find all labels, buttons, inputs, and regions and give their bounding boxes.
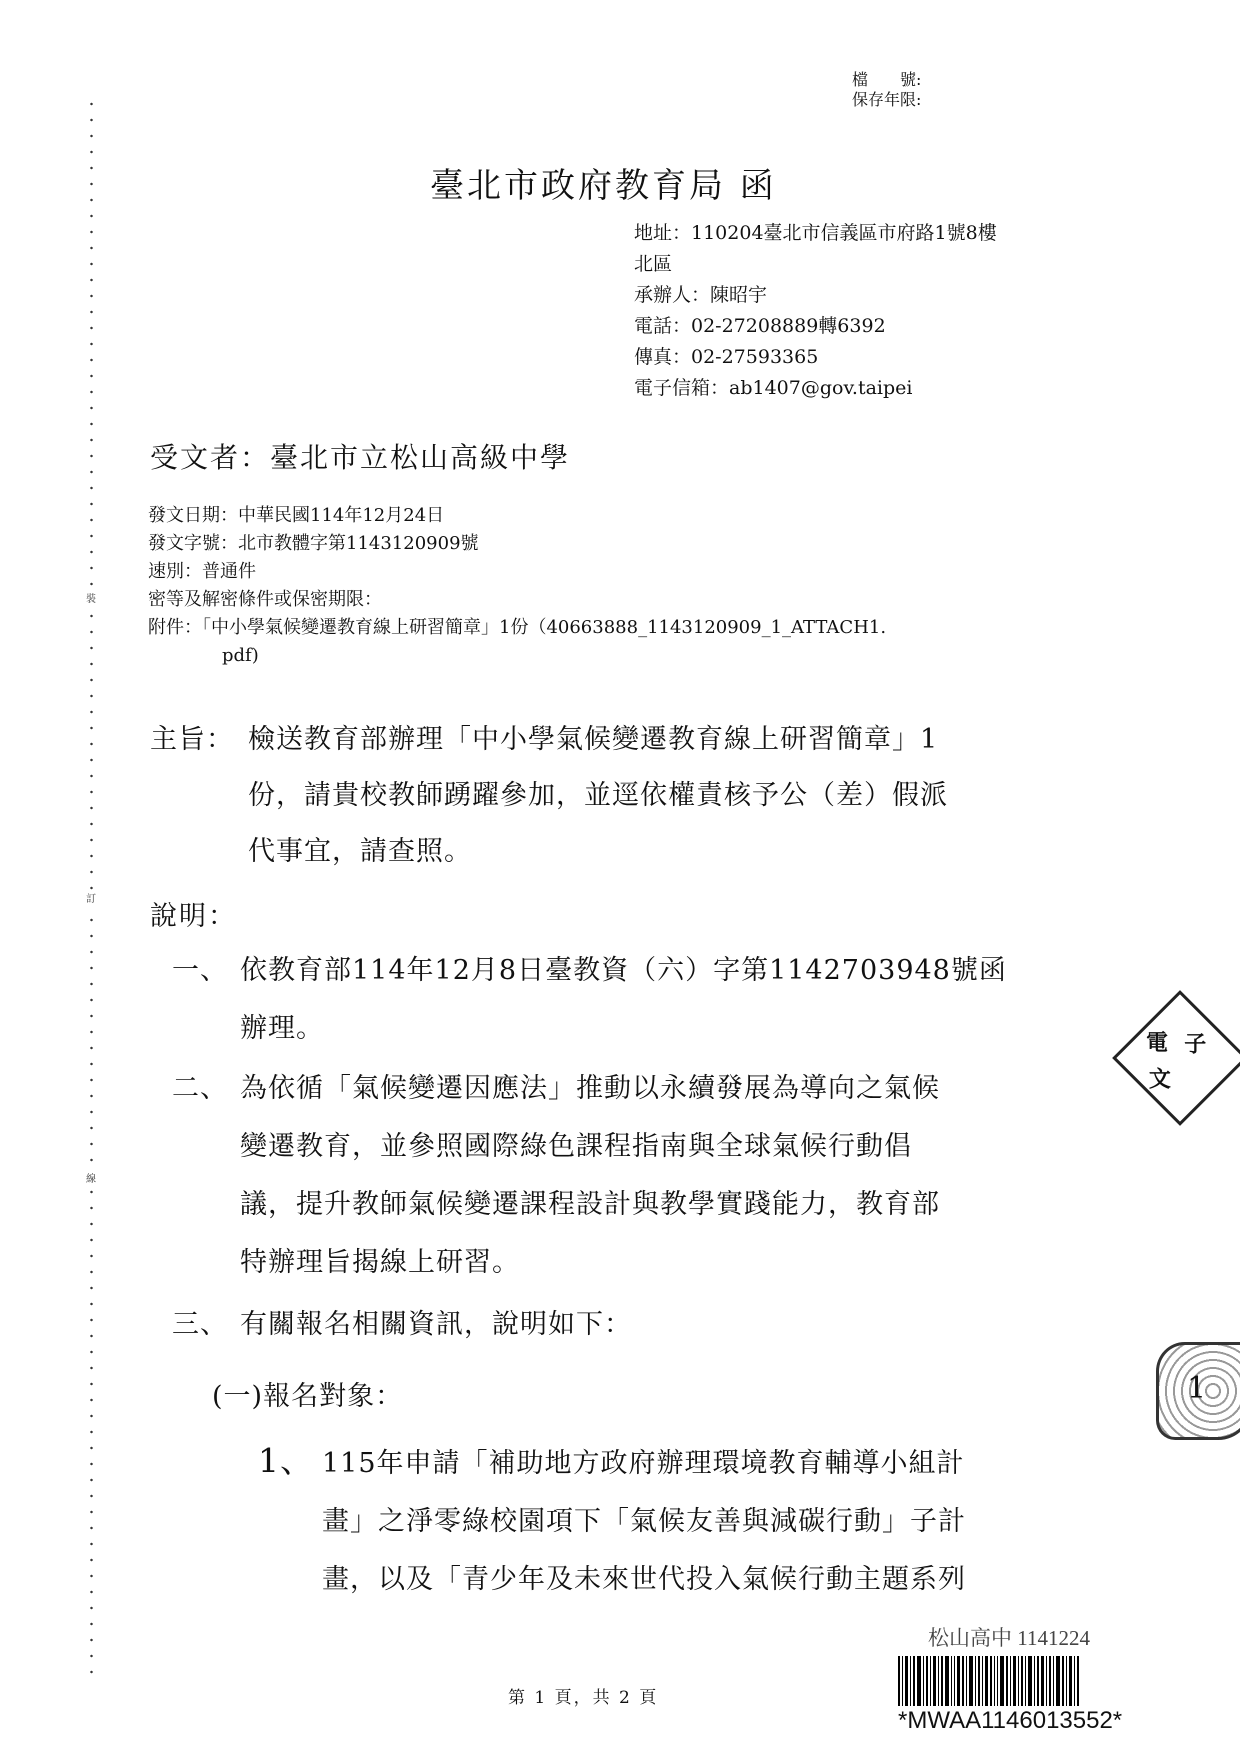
e-document-stamp: 電 子 文	[1112, 990, 1240, 1126]
recipient: 受文者：臺北市立松山高級中學	[150, 436, 570, 476]
fax: 傳真：02-27593365	[634, 342, 997, 373]
retention-label: 保存年限:	[852, 90, 921, 110]
priority: 速別：普通件	[148, 558, 886, 586]
document-title: 臺北市政府教育局 函	[430, 158, 777, 207]
sub-item-number: 1、	[258, 1432, 322, 1490]
explanation-item-2: 二、為依循「氣候變遷因應法」推動以永續發展為導向之氣候 變遷教育，並參照國際綠色…	[172, 1060, 940, 1292]
contact-block: 地址：110204臺北市信義區市府路1號8樓 北區 承辦人：陳昭宇 電話：02-…	[634, 218, 997, 404]
attachment: 附件：「中小學氣候變遷教育線上研習簡章」1份（40663888_11431209…	[148, 614, 886, 642]
confidentiality: 密等及解密條件或保密期限：	[148, 586, 886, 614]
file-number-label: 檔 號:	[852, 70, 921, 90]
phone: 電話：02-27208889轉6392	[634, 311, 997, 342]
file-meta: 檔 號: 保存年限:	[852, 70, 921, 110]
item-line: 議，提升教師氣候變遷課程設計與教學實踐能力，教育部	[172, 1176, 940, 1234]
explanation-item-3: 三、有關報名相關資訊，說明如下：	[172, 1296, 632, 1354]
page-indicator: 第 1 頁，共 2 頁	[508, 1683, 658, 1708]
item-line: 變遷教育，並參照國際綠色課程指南與全球氣候行動倡	[172, 1118, 940, 1176]
item-number: 三、	[172, 1296, 240, 1354]
barcode-text: *MWAA1146013552*	[898, 1707, 1138, 1735]
item-line: 依教育部114年12月8日臺教資（六）字第1142703948號函	[240, 955, 1007, 986]
issue-date: 發文日期：中華民國114年12月24日	[148, 502, 886, 530]
binding-dots	[90, 96, 93, 1686]
subject-line: 檢送教育部辦理「中小學氣候變遷教育線上研習簡章」1	[248, 724, 938, 755]
subject-label: 主旨：	[150, 712, 248, 768]
item-number: 二、	[172, 1060, 240, 1118]
receipt-barcode: 松山高中 1141224 *MWAA1146013552*	[898, 1622, 1138, 1735]
subject: 主旨：檢送教育部辦理「中小學氣候變遷教育線上研習簡章」1 份，請貴校教師踴躍參加…	[150, 712, 948, 880]
item-line: 為依循「氣候變遷因應法」推動以永續發展為導向之氣候	[240, 1073, 940, 1104]
stamp-char: 電	[1146, 1026, 1168, 1057]
binding-label-ding: 訂	[84, 894, 98, 906]
address-continued: 北區	[634, 249, 997, 280]
attachment-continued: pdf)	[148, 642, 886, 670]
seal-page-number: 1	[1187, 1371, 1206, 1406]
receipt-caption: 松山高中 1141224	[898, 1622, 1138, 1652]
subject-line: 份，請貴校教師踴躍參加，並逕依權責核予公（差）假派	[150, 768, 948, 824]
sub-item-line: 畫，以及「青少年及未來世代投入氣候行動主題系列	[258, 1551, 966, 1609]
explanation-label: 說明：	[150, 894, 237, 933]
item-line: 有關報名相關資訊，說明如下：	[240, 1309, 632, 1340]
explanation-item-1: 一、依教育部114年12月8日臺教資（六）字第1142703948號函 辦理。	[172, 942, 1007, 1058]
document-meta: 發文日期：中華民國114年12月24日 發文字號：北市教體字第114312090…	[148, 502, 886, 670]
officer: 承辦人：陳昭宇	[634, 280, 997, 311]
email: 電子信箱：ab1407@gov.taipei	[634, 373, 997, 404]
sub-heading: (一)報名對象：	[212, 1374, 403, 1413]
binding-label-xian: 線	[84, 1174, 98, 1186]
item-number: 一、	[172, 942, 240, 1000]
sub-item-line: 畫」之淨零綠校園項下「氣候友善與減碳行動」子計	[258, 1493, 966, 1551]
sub-item-1: 1、115年申請「補助地方政府辦理環境教育輔導小組計 畫」之淨零綠校園項下「氣候…	[258, 1432, 966, 1609]
stamp-char: 文	[1149, 1063, 1171, 1094]
item-line: 特辦理旨揭線上研習。	[172, 1234, 940, 1292]
sub-item-line: 115年申請「補助地方政府辦理環境教育輔導小組計	[322, 1448, 965, 1479]
document-number: 發文字號：北市教體字第1143120909號	[148, 530, 886, 558]
item-line: 辦理。	[172, 1000, 1007, 1058]
address: 地址：110204臺北市信義區市府路1號8樓	[634, 218, 997, 249]
page-seal: 1	[1156, 1342, 1240, 1440]
subject-line: 代事宜，請查照。	[150, 824, 948, 880]
binding-line: 裝 訂 線	[88, 96, 96, 1686]
binding-label-zhuang: 裝	[84, 594, 98, 606]
barcode-bars	[898, 1656, 1138, 1706]
stamp-char: 子	[1184, 1027, 1206, 1058]
